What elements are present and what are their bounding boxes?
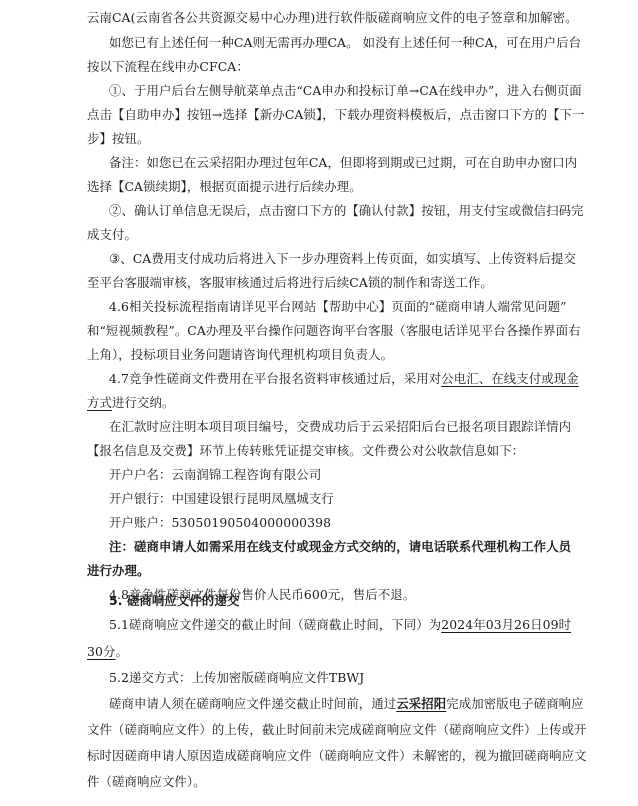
- text: 成支付。: [87, 227, 137, 242]
- section-5-2-line: 5.2递交方式：上传加密版磋商响应文件TBWJ: [109, 670, 553, 686]
- paragraph-line: 30分。: [87, 644, 553, 660]
- payment-methods-underlined: 方式: [87, 395, 112, 410]
- paragraph-line: 【报名信息及交费】环节上传转账凭证提交审核。文件费公对公收款信息如下：: [87, 443, 553, 459]
- deadline-underlined: 30分: [87, 644, 115, 659]
- text: 磋商申请人须在磋商响应文件递交截止时间前，通过: [109, 696, 396, 711]
- section-4-7-line: 4.7竞争性磋商文件费用在平台报名资料审核通过后，采用对公电汇、在线支付或现金: [109, 371, 553, 387]
- text: 开户账户：53050190504000000398: [109, 515, 331, 530]
- text: 按以下流程在线申办CFCA：: [87, 59, 249, 74]
- step-3-line: ③、CA费用支付成功后将进入下一步办理资料上传页面，如实填写、上传资料后提交: [109, 251, 553, 267]
- step-1-line: ①、于用户后台左侧导航菜单点击“CA申办和投标订单→CA在线申办”，进入右侧页面: [109, 83, 553, 99]
- text: 选择【CA锁续期】，根据页面提示进行后续办理。: [87, 179, 362, 194]
- text: 点击【自助申办】按钮→选择【新办CA锁】，下载办理资料模板后，点击窗口下方的【下…: [87, 107, 585, 122]
- text: 5.2递交方式：上传加密版磋商响应文件TBWJ: [109, 670, 364, 685]
- paragraph-line: 和“短视频教程”。CA办理及平台操作问题咨询平台客服（客服电话详见平台各操作界面…: [87, 323, 553, 339]
- paragraph-line: 点击【自助申办】按钮→选择【新办CA锁】，下载办理资料模板后，点击窗口下方的【下…: [87, 107, 553, 123]
- heading-text: 5. 磋商响应文件的递交: [109, 593, 239, 608]
- text: 上角），投标项目业务问题请咨询代理机构项目负责人。: [87, 347, 393, 362]
- text: 备注：如您已在云采招阳办理过包年CA，但即将到期或已过期，可在自助申办窗口内: [109, 155, 577, 170]
- text: 。: [115, 644, 128, 659]
- text: 进行办理。: [87, 563, 149, 578]
- section-5-1-line: 5.1磋商响应文件递交的截止时间（磋商截止时间，下同）为2024年03月26日0…: [109, 617, 553, 633]
- text: 开户银行：中国建设银行昆明凤凰城支行: [109, 491, 334, 506]
- text: ②、确认订单信息无误后，点击窗口下方的【确认付款】按钮，用支付宝或微信扫码完: [109, 203, 584, 218]
- section-5-heading: 5. 磋商响应文件的递交: [109, 593, 553, 609]
- paragraph-line: 成支付。: [87, 227, 553, 243]
- paragraph-line: 云南CA(云南省各公共资源交易中心办理)进行软件版磋商响应文件的电子签章和加解密…: [87, 10, 553, 26]
- text: 进行交纳。: [112, 395, 174, 410]
- paragraph-line: 至平台客服端审核，客服审核通过后将进行后续CA锁的制作和寄送工作。: [87, 275, 553, 291]
- text: 件（磋商响应文件）。: [87, 774, 206, 789]
- payment-methods-underlined: 公电汇、在线支付或现金: [441, 371, 578, 386]
- paragraph-line: 步】按钮。: [87, 131, 553, 147]
- text: 5.1磋商响应文件递交的截止时间（磋商截止时间，下同）为: [109, 617, 441, 632]
- text: 如您已有上述任何一种CA则无需再办理CA。 如没有上述任何一种CA，可在用户后台: [109, 35, 581, 50]
- text: ③、CA费用支付成功后将进入下一步办理资料上传页面，如实填写、上传资料后提交: [109, 251, 576, 266]
- text: 4.7竞争性磋商文件费用在平台报名资料审核通过后，采用对: [109, 371, 441, 386]
- text: 标时因磋商申请人原因造成磋商响应文件（磋商响应文件）未解密的，视为撤回磋商响应文: [87, 748, 587, 763]
- text: 注：磋商申请人如需采用在线支付或现金方式交纳的，请电话联系代理机构工作人员: [109, 539, 571, 554]
- note-line: 备注：如您已在云采招阳办理过包年CA，但即将到期或已过期，可在自助申办窗口内: [109, 155, 553, 171]
- paragraph-line: 标时因磋商申请人原因造成磋商响应文件（磋商响应文件）未解密的，视为撤回磋商响应文: [87, 748, 553, 764]
- deadline-underlined: 2024年03月26日09时: [441, 617, 571, 632]
- bold-notice-line: 注：磋商申请人如需采用在线支付或现金方式交纳的，请电话联系代理机构工作人员: [109, 539, 553, 555]
- document-page: 云南CA(云南省各公共资源交易中心办理)进行软件版磋商响应文件的电子签章和加解密…: [0, 0, 638, 806]
- paragraph-line: 如您已有上述任何一种CA则无需再办理CA。 如没有上述任何一种CA，可在用户后台: [109, 35, 553, 51]
- text: ①、于用户后台左侧导航菜单点击“CA申办和投标订单→CA在线申办”，进入右侧页面: [109, 83, 582, 98]
- text: 【报名信息及交费】环节上传转账凭证提交审核。文件费公对公收款信息如下：: [87, 443, 524, 458]
- bank-line: 开户银行：中国建设银行昆明凤凰城支行: [109, 491, 553, 507]
- bold-notice-line: 进行办理。: [87, 563, 553, 579]
- paragraph-line: 选择【CA锁续期】，根据页面提示进行后续办理。: [87, 179, 553, 195]
- platform-name-underlined: 云采招阳: [396, 696, 446, 711]
- text: 文件（磋商响应文件）的上传，截止时间前未完成磋商响应文件（磋商响应文件）上传或开: [87, 722, 587, 737]
- text: 开户户名：云南润锦工程咨询有限公司: [109, 467, 321, 482]
- account-name-line: 开户户名：云南润锦工程咨询有限公司: [109, 467, 553, 483]
- text: 至平台客服端审核，客服审核通过后将进行后续CA锁的制作和寄送工作。: [87, 275, 493, 290]
- paragraph-line: 件（磋商响应文件）。: [87, 774, 553, 790]
- text: 和“短视频教程”。CA办理及平台操作问题咨询平台客服（客服电话详见平台各操作界面…: [87, 323, 581, 338]
- text: 完成加密版电子磋商响应: [446, 696, 583, 711]
- text: 云南CA(云南省各公共资源交易中心办理)进行软件版磋商响应文件的电子签章和加解密…: [87, 10, 578, 25]
- paragraph-line: 文件（磋商响应文件）的上传，截止时间前未完成磋商响应文件（磋商响应文件）上传或开: [87, 722, 553, 738]
- paragraph-line: 在汇款时应注明本项目项目编号，交费成功后于云采招阳后台已报名项目跟踪详情内: [109, 419, 553, 435]
- text: 步】按钮。: [87, 131, 149, 146]
- paragraph-line: 按以下流程在线申办CFCA：: [87, 59, 553, 75]
- paragraph-line: 磋商申请人须在磋商响应文件递交截止时间前，通过云采招阳完成加密版电子磋商响应: [109, 696, 553, 712]
- text: 4.6相关投标流程指南请详见平台网站【帮助中心】页面的“磋商申请人端常见问题”: [109, 299, 567, 314]
- paragraph-line: 方式进行交纳。: [87, 395, 553, 411]
- section-4-6-line: 4.6相关投标流程指南请详见平台网站【帮助中心】页面的“磋商申请人端常见问题”: [109, 299, 553, 315]
- text: 在汇款时应注明本项目项目编号，交费成功后于云采招阳后台已报名项目跟踪详情内: [109, 419, 571, 434]
- paragraph-line: 上角），投标项目业务问题请咨询代理机构项目负责人。: [87, 347, 553, 363]
- account-number-line: 开户账户：53050190504000000398: [109, 515, 553, 531]
- step-2-line: ②、确认订单信息无误后，点击窗口下方的【确认付款】按钮，用支付宝或微信扫码完: [109, 203, 553, 219]
